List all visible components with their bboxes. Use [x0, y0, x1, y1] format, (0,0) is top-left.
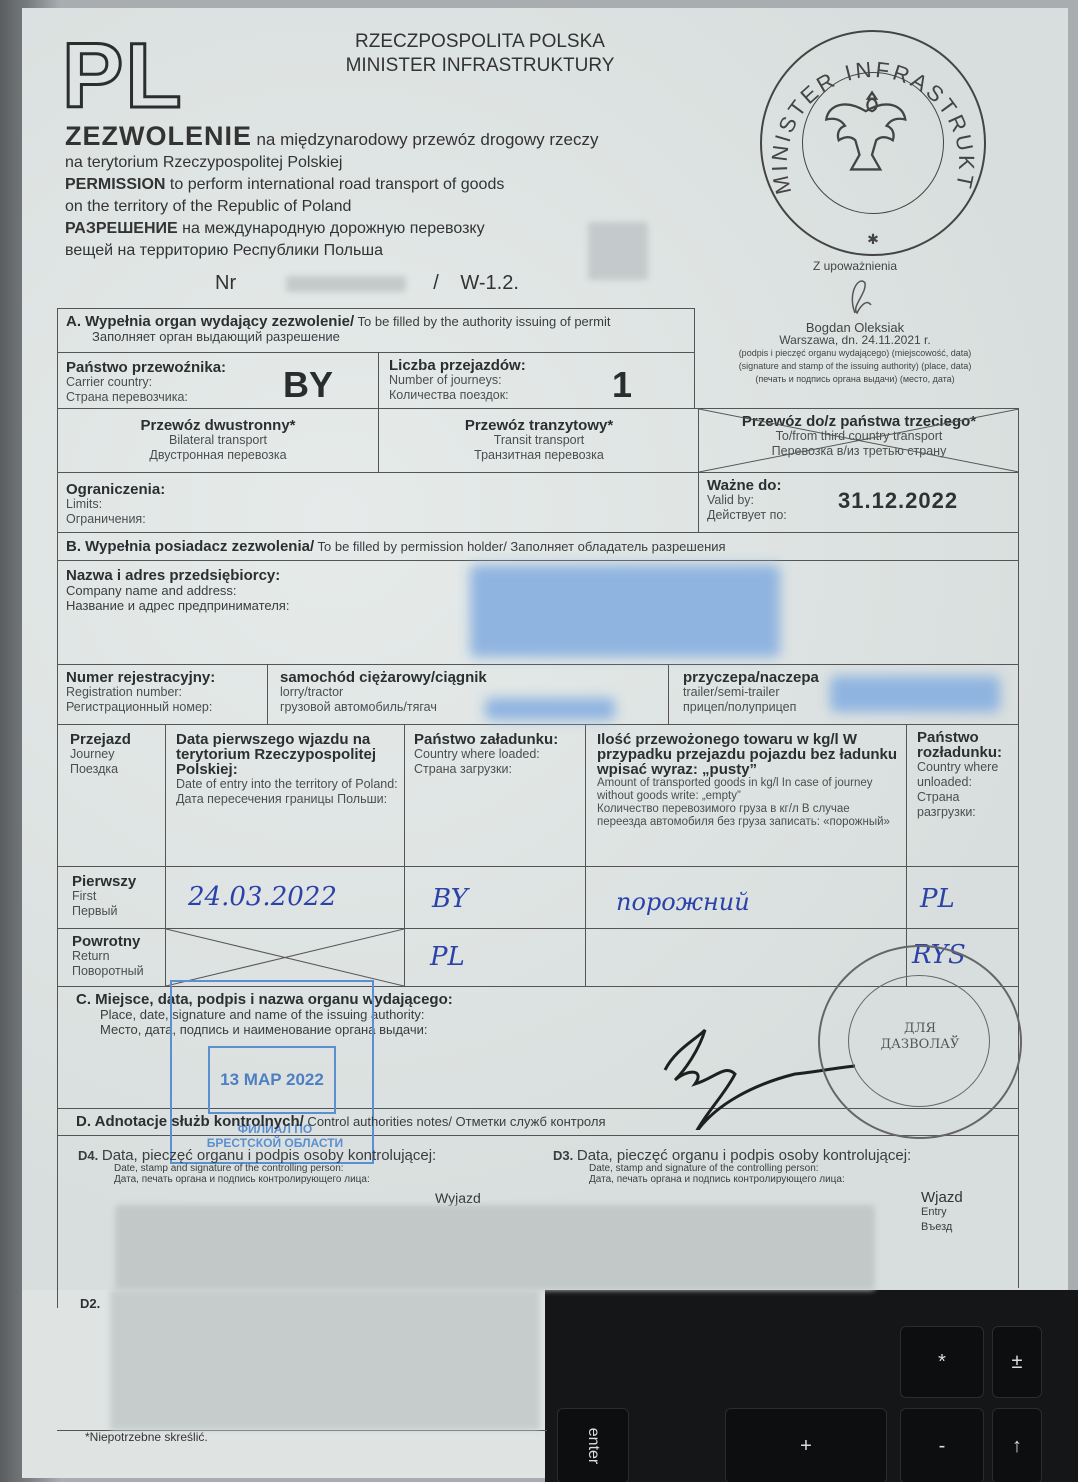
transport-type-bilateral: Przewóz dwustronny* Bilateral transport …	[58, 418, 378, 463]
section-a-header: A. Wypełnia organ wydający zezwolenie/ T…	[66, 314, 610, 344]
return-date-crossed	[166, 929, 404, 986]
redacted-company-address	[470, 565, 780, 657]
journeys-label: Liczba przejazdów: Number of journeys: К…	[389, 358, 526, 403]
col-header-amount: Ilość przewożonego towaru w kg/l W przyp…	[597, 732, 902, 829]
carrier-country-label: Państwo przewoźnika: Carrier country: Ст…	[66, 360, 226, 405]
issuer-signature	[825, 273, 885, 317]
permit-title: ZEZWOLENIE na międzynarodowy przewóz dro…	[65, 125, 599, 262]
republic-name: RZECZPOSPOLITA POLSKA	[330, 30, 630, 54]
key-enter: enter	[557, 1408, 629, 1482]
row-first-label: Pierwszy First Первый	[72, 874, 136, 919]
redacted-lorry-plate	[485, 698, 615, 720]
key-up: ↑	[992, 1408, 1042, 1482]
permit-number: Nr / W-1.2.	[215, 272, 519, 295]
first-amount: порожний	[616, 888, 750, 916]
footnote: *Niepotrzebne skreślić.	[85, 1430, 208, 1444]
return-loaded-country: PL	[430, 942, 465, 972]
d2-label: D2.	[80, 1296, 100, 1311]
key-plus: +	[725, 1408, 887, 1482]
crossed-out-mark	[699, 409, 1019, 472]
lorry-label: samochód ciężarowy/ciągnik lorry/tractor…	[280, 670, 487, 715]
ministry-name: MINISTER INFRASTRUKTURY	[330, 54, 630, 78]
key-plusminus: ±	[992, 1326, 1042, 1398]
ministry-stamp: MINISTER INFRASTRUKTURY ✱	[760, 30, 986, 256]
limits-label: Ograniczenia: Limits: Ограничения:	[66, 482, 165, 527]
first-loaded-country: BY	[432, 884, 468, 914]
redacted-number	[286, 276, 406, 292]
eagle-emblem-icon	[820, 80, 924, 184]
journeys-value: 1	[612, 364, 632, 406]
redacted-control-stamps	[115, 1205, 875, 1290]
redacted-trailer-plate	[830, 676, 1000, 712]
col-header-journey: Przejazd Journey Поездка	[70, 732, 162, 777]
section-d-header: D. Adnotacje służb kontrolnych/ Control …	[76, 1114, 606, 1129]
col-header-unloaded: Państwo rozładunku: Country where unload…	[917, 730, 1017, 820]
d4-direction: Wyjazd	[435, 1190, 481, 1206]
issuer-signature-block: Z upoważnienia Bogdan Oleksiak Warszawa,…	[695, 260, 1015, 386]
redacted-code	[588, 222, 648, 280]
svg-text:✱: ✱	[867, 231, 879, 247]
col-header-loaded: Państwo załadunku: Country where loaded:…	[414, 732, 584, 777]
key-minus: -	[900, 1408, 984, 1482]
trailer-label: przyczepa/naczepa trailer/semi-trailer п…	[683, 670, 819, 715]
carrier-country-value: BY	[283, 364, 333, 406]
d4-label: D4. Data, pieczęć organu i podpis osoby …	[78, 1148, 436, 1185]
first-unloaded-country: PL	[920, 884, 955, 914]
transport-type-transit: Przewóz tranzytowy* Transit transport Тр…	[379, 418, 699, 463]
row-return-label: Powrotny Return Поворотный	[72, 934, 144, 979]
company-label: Nazwa i adres przedsiębiorcy: Company na…	[66, 568, 289, 613]
first-entry-date: 24.03.2022	[188, 882, 337, 912]
issuer-header: RZECZPOSPOLITA POLSKA MINISTER INFRASTRU…	[330, 30, 630, 78]
section-b-header: B. Wypełnia posiadacz zezwolenia/ To be …	[66, 539, 726, 554]
country-code: PL	[62, 30, 184, 122]
col-header-entry-date: Data pierwszego wjazdu na terytorium Rze…	[176, 732, 402, 807]
valid-until-value: 31.12.2022	[838, 488, 958, 514]
date-stamp: 13 MAP 2022	[208, 1046, 336, 1114]
registration-label: Numer rejestracyjny: Registration number…	[66, 670, 215, 715]
redacted-d2-stamps	[110, 1290, 540, 1430]
d3-direction: Wjazd Entry Въезд	[921, 1190, 963, 1235]
d3-label: D3. Data, pieczęć organu i podpis osoby …	[553, 1148, 911, 1185]
keyboard: enter + * - ↑ ±	[545, 1290, 1078, 1482]
valid-label: Ważne do: Valid by: Действует по:	[707, 478, 787, 523]
belarus-transport-stamp: ДЛЯ ДАЗВОЛАЎ	[818, 945, 1022, 1139]
key-asterisk: *	[900, 1326, 984, 1398]
